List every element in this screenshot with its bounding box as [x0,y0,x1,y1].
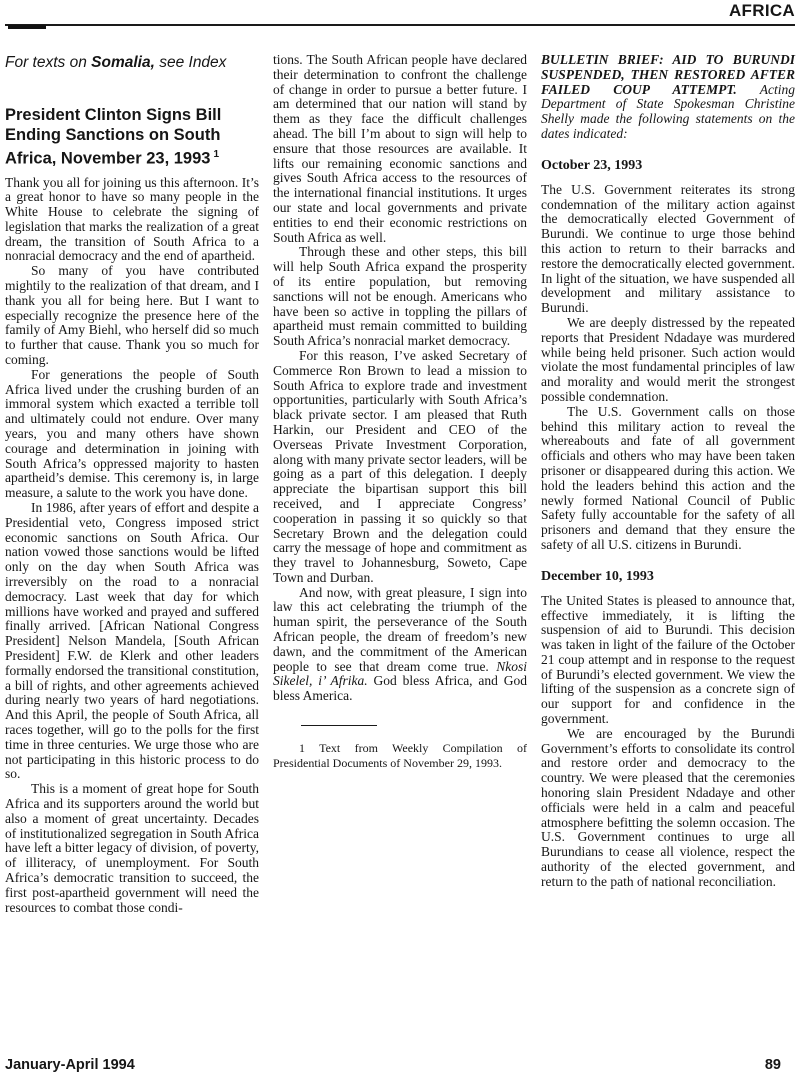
statement-date-heading: October 23, 1993 [541,158,795,174]
article-title-line3: Africa, November 23, 19931 [5,145,259,169]
speech-paragraph: This is a moment of great hope for South… [5,782,259,915]
speech-paragraph: For generations the people of South Afri… [5,368,259,501]
index-cross-reference: For texts on Somalia, see Index [5,53,259,72]
closing-text-pre: And now, with great pleasure, I sign int… [273,585,527,674]
page-footer: January-April 1994 89 [5,1057,781,1073]
statement-paragraph: The U.S. Government calls on those behin… [541,405,795,553]
speech-paragraph: Thank you all for joining us this aftern… [5,176,259,265]
journal-page: AFRICA For texts on Somalia, see Index P… [0,0,800,915]
index-note-post: see Index [155,54,227,71]
section-header: AFRICA [5,0,795,21]
statement-date-heading: December 10, 1993 [541,569,795,585]
article-title-line1: President Clinton Signs Bill [5,105,259,125]
statement-paragraph: We are encouraged by the Burundi Governm… [541,727,795,890]
speech-closing-paragraph: And now, with great pleasure, I sign int… [273,586,527,704]
three-column-body: For texts on Somalia, see Index Presiden… [5,53,795,915]
header-rule-artifact [8,25,46,29]
header-rule-line [5,24,795,26]
statement-paragraph: The United States is pleased to announce… [541,594,795,727]
index-note-emphasis: Somalia, [91,54,155,71]
column-right: BULLETIN BRIEF: AID TO BURUNDI SUSPENDED… [541,53,795,915]
issue-label: January-April 1994 [5,1057,135,1073]
page-number: 89 [765,1057,781,1073]
article-title-line2: Ending Sanctions on South [5,125,259,145]
footnote-text: 1 Text from Weekly Compilation of Presid… [273,741,527,771]
article-title: President Clinton Signs Bill Ending Sanc… [5,105,259,169]
speech-paragraph: Through these and other steps, this bill… [273,245,527,349]
speech-paragraph: For this reason, I’ve asked Secretary of… [273,349,527,586]
statement-paragraph: The U.S. Government reiterates its stron… [541,183,795,316]
speech-paragraph: In 1986, after years of effort and despi… [5,501,259,782]
speech-paragraph: So many of you have contributed mightily… [5,264,259,368]
statement-paragraph: We are deeply distressed by the repeated… [541,316,795,405]
header-rule [5,24,795,27]
column-middle: tions. The South African people have dec… [273,53,527,915]
bulletin-brief-heading: BULLETIN BRIEF: AID TO BURUNDI SUSPENDED… [541,53,795,142]
column-left: For texts on Somalia, see Index Presiden… [5,53,259,915]
footnote-divider [301,725,377,726]
index-note-pre: For texts on [5,54,91,71]
article-title-line3-text: Africa, November 23, 1993 [5,150,210,168]
footnote-reference-marker: 1 [213,149,219,160]
speech-paragraph: tions. The South African people have dec… [273,53,527,245]
